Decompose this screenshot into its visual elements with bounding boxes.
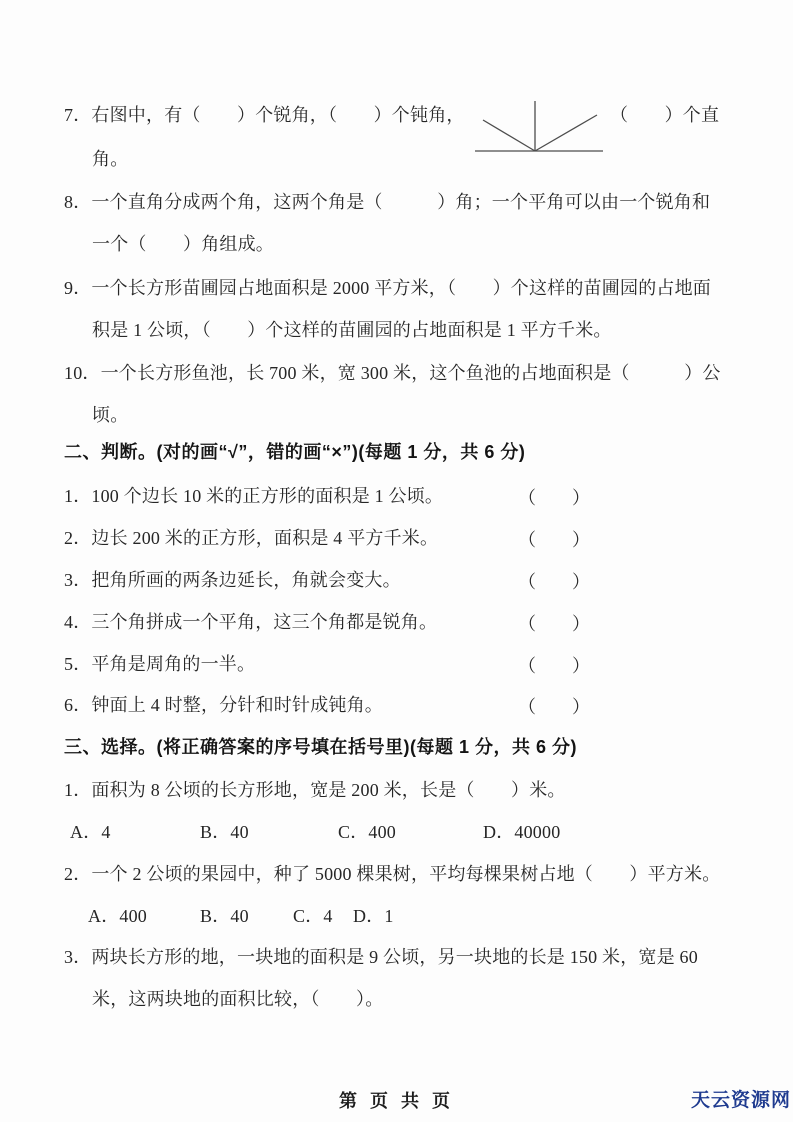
choice-q1-option-b: B．40 bbox=[200, 820, 249, 844]
question-9-line-1: 9．一个长方形苗圃园占地面积是 2000 平方米，（ ）个这样的苗圃园的占地面 bbox=[64, 276, 711, 300]
judge-item-2: 2．边长 200 米的正方形，面积是 4 平方千米。 bbox=[64, 526, 438, 550]
judge-item-1-answer-blank: （ ） bbox=[518, 484, 590, 510]
question-10-line-1: 10．一个长方形鱼池，长 700 米，宽 300 米，这个鱼池的占地面积是（ ）… bbox=[64, 361, 721, 385]
angle-rays-figure bbox=[468, 92, 606, 156]
judge-item-4-answer-blank: （ ） bbox=[518, 610, 590, 636]
choice-question-3-line-1: 3．两块长方形的地，一块地的面积是 9 公顷，另一块地的长是 150 米，宽是 … bbox=[64, 945, 698, 969]
choice-question-2: 2．一个 2 公顷的果园中，种了 5000 棵果树，平均每棵果树占地（ ）平方米… bbox=[64, 862, 720, 886]
choice-q2-option-a: A．400 bbox=[88, 904, 147, 928]
footer-page-label: 第 页 共 页 bbox=[0, 1087, 793, 1113]
judge-item-1: 1．100 个边长 10 米的正方形的面积是 1 公顷。 bbox=[64, 484, 443, 508]
choice-q1-option-c: C．400 bbox=[338, 820, 396, 844]
judge-item-5-answer-blank: （ ） bbox=[518, 652, 590, 678]
judge-item-6: 6．钟面上 4 时整，分针和时针成钝角。 bbox=[64, 693, 383, 717]
choice-q2-option-b: B．40 bbox=[200, 904, 249, 928]
question-8-line-2: 一个（ ）角组成。 bbox=[92, 232, 274, 256]
question-7-line-1-right: （ ）个直 bbox=[610, 103, 719, 127]
judge-item-3: 3．把角所画的两条边延长，角就会变大。 bbox=[64, 568, 401, 592]
question-9-line-2: 积是 1 公顷，（ ）个这样的苗圃园的占地面积是 1 平方千米。 bbox=[92, 318, 612, 342]
choice-q2-option-c: C．4 bbox=[293, 904, 333, 928]
choice-q1-option-a: A．4 bbox=[70, 820, 111, 844]
choice-q2-option-d: D．1 bbox=[353, 904, 394, 928]
question-10-line-2: 顷。 bbox=[92, 403, 128, 427]
judge-item-2-answer-blank: （ ） bbox=[518, 526, 590, 552]
question-7-line-1: 7．右图中，有（ ）个锐角，（ ）个钝角， bbox=[64, 103, 465, 127]
judge-item-4: 4．三个角拼成一个平角，这三个角都是锐角。 bbox=[64, 610, 437, 634]
watermark-label: 天云资源网 bbox=[691, 1085, 791, 1112]
section-judge-header: 二、判断。(对的画“√”，错的画“×”)(每题 1 分，共 6 分) bbox=[64, 440, 525, 464]
judge-item-6-answer-blank: （ ） bbox=[518, 693, 590, 719]
section-choice-header: 三、选择。(将正确答案的序号填在括号里)(每题 1 分，共 6 分) bbox=[64, 735, 577, 759]
choice-question-1: 1．面积为 8 公顷的长方形地，宽是 200 米，长是（ ）米。 bbox=[64, 778, 566, 802]
exam-page: 7．右图中，有（ ）个锐角，（ ）个钝角， （ ）个直 角。 8．一个直角分成两… bbox=[0, 0, 793, 1122]
choice-question-3-line-2: 米，这两块地的面积比较，（ ）。 bbox=[92, 987, 383, 1011]
choice-q1-option-d: D．40000 bbox=[483, 820, 560, 844]
judge-item-3-answer-blank: （ ） bbox=[518, 568, 590, 594]
question-7-line-2: 角。 bbox=[92, 147, 128, 171]
question-8-line-1: 8．一个直角分成两个角，这两个角是（ ）角；一个平角可以由一个锐角和 bbox=[64, 190, 710, 214]
judge-item-5: 5．平角是周角的一半。 bbox=[64, 652, 255, 676]
